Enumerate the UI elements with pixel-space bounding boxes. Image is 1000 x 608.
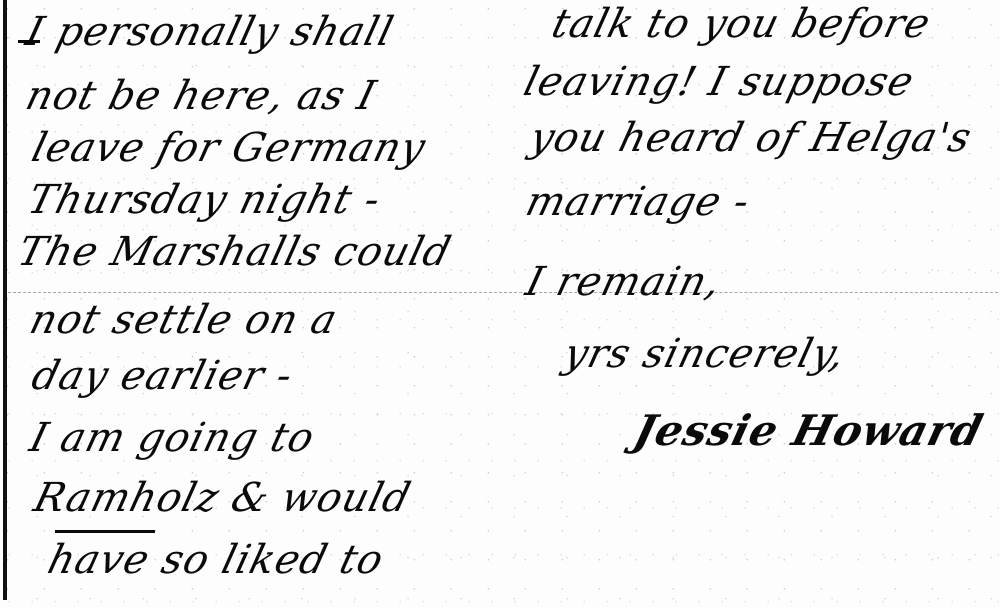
right-line-2: leaving! I suppose [520,62,918,102]
left-line-2: not be here, as I [22,76,380,116]
fold-line [8,292,998,293]
right-line-5: I remain, [522,262,725,302]
right-line-4: marriage - [522,182,754,222]
left-line-4: Thursday night - [24,180,385,220]
left-line-3: leave for Germany [28,128,430,168]
signature: Jessie Howard [630,410,987,452]
left-line-8: I am going to [26,418,319,458]
emphasis-underline [18,40,40,43]
right-line-6: yrs sincerely, [560,334,850,374]
left-line-1: I personally shall [22,12,398,52]
scanned-letter-page: I personally shall not be here, as I lea… [0,0,1000,608]
right-line-1: talk to you before [548,4,935,44]
emphasis-underline [55,530,155,533]
left-line-9: Ramholz & would [30,478,415,518]
left-line-6: not settle on a [26,300,342,340]
page-left-border [3,0,7,600]
left-line-10: have so liked to [44,540,388,580]
right-line-3: you heard of Helga's [526,118,976,158]
left-line-5: The Marshalls could [14,232,455,272]
left-line-7: day earlier - [28,356,297,396]
